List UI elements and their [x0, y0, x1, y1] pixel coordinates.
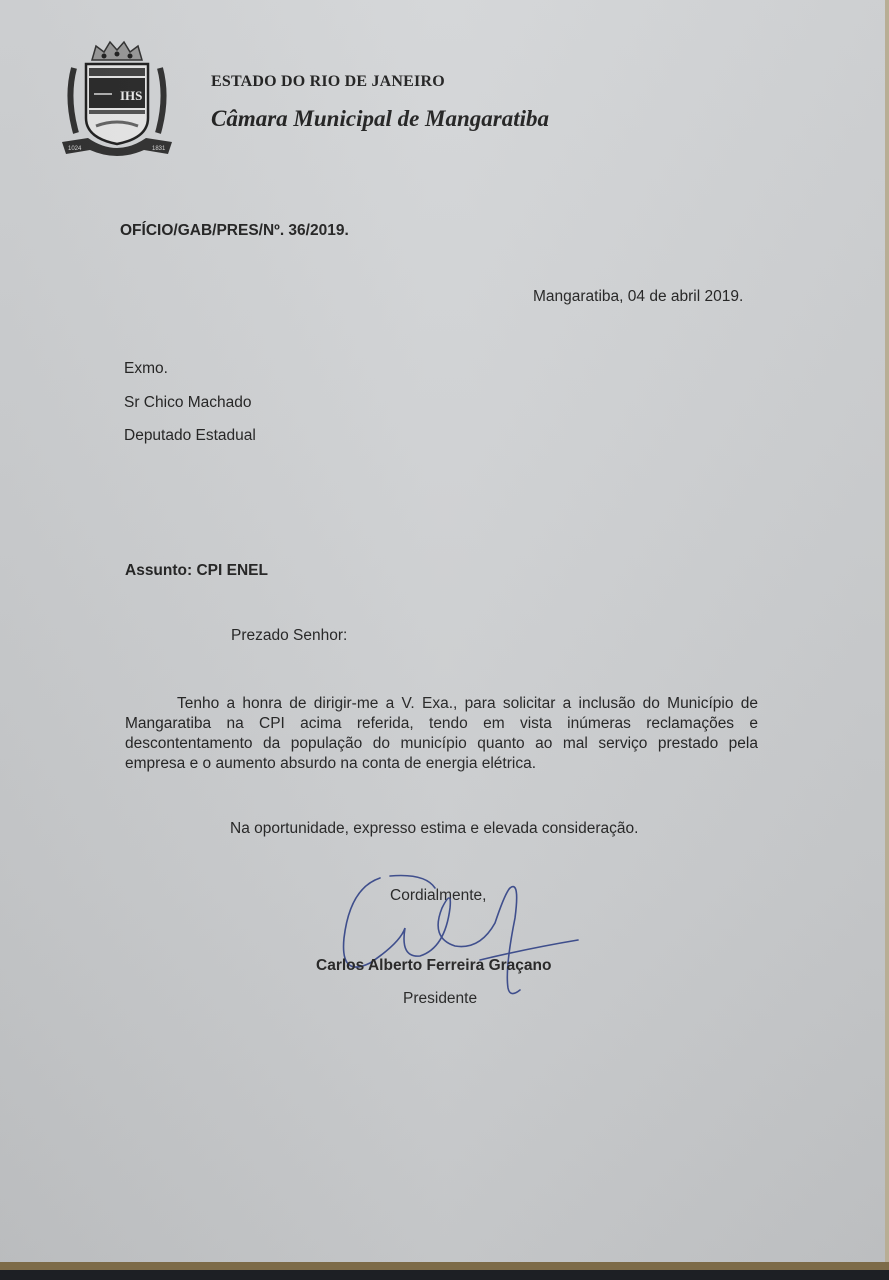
letter-page: IHS 1024 1831 ESTADO DO RIO DE JANEIRO C… [0, 0, 889, 1265]
state-name: ESTADO DO RIO DE JANEIRO [211, 73, 445, 91]
svg-text:1831: 1831 [152, 146, 166, 152]
recipient-honorific: Exmo. [124, 360, 168, 378]
office-number: OFÍCIO/GAB/PRES/Nº. 36/2019. [120, 222, 349, 240]
signer-name: Carlos Alberto Ferreira Graçano [316, 957, 551, 975]
desk-surface [0, 1270, 889, 1280]
svg-text:1024: 1024 [68, 146, 82, 152]
recipient-name: Sr Chico Machado [124, 394, 252, 412]
chamber-name: Câmara Municipal de Mangaratiba [211, 106, 549, 132]
desk-edge [0, 1262, 889, 1270]
svg-text:IHS: IHS [120, 88, 142, 103]
body-paragraph: Tenho a honra de dirigir-me a V. Exa., p… [125, 694, 758, 774]
coat-of-arms-icon: IHS 1024 1831 [58, 38, 176, 158]
recipient-title: Deputado Estadual [124, 427, 256, 445]
closing-line: Na oportunidade, expresso estima e eleva… [230, 820, 638, 838]
subject-line: Assunto: CPI ENEL [125, 562, 268, 580]
handwritten-signature-icon [330, 868, 590, 998]
paper-right-edge [885, 0, 889, 1265]
signer-title: Presidente [403, 990, 477, 1008]
place-date: Mangaratiba, 04 de abril 2019. [533, 288, 743, 306]
salutation: Prezado Senhor: [231, 627, 347, 645]
